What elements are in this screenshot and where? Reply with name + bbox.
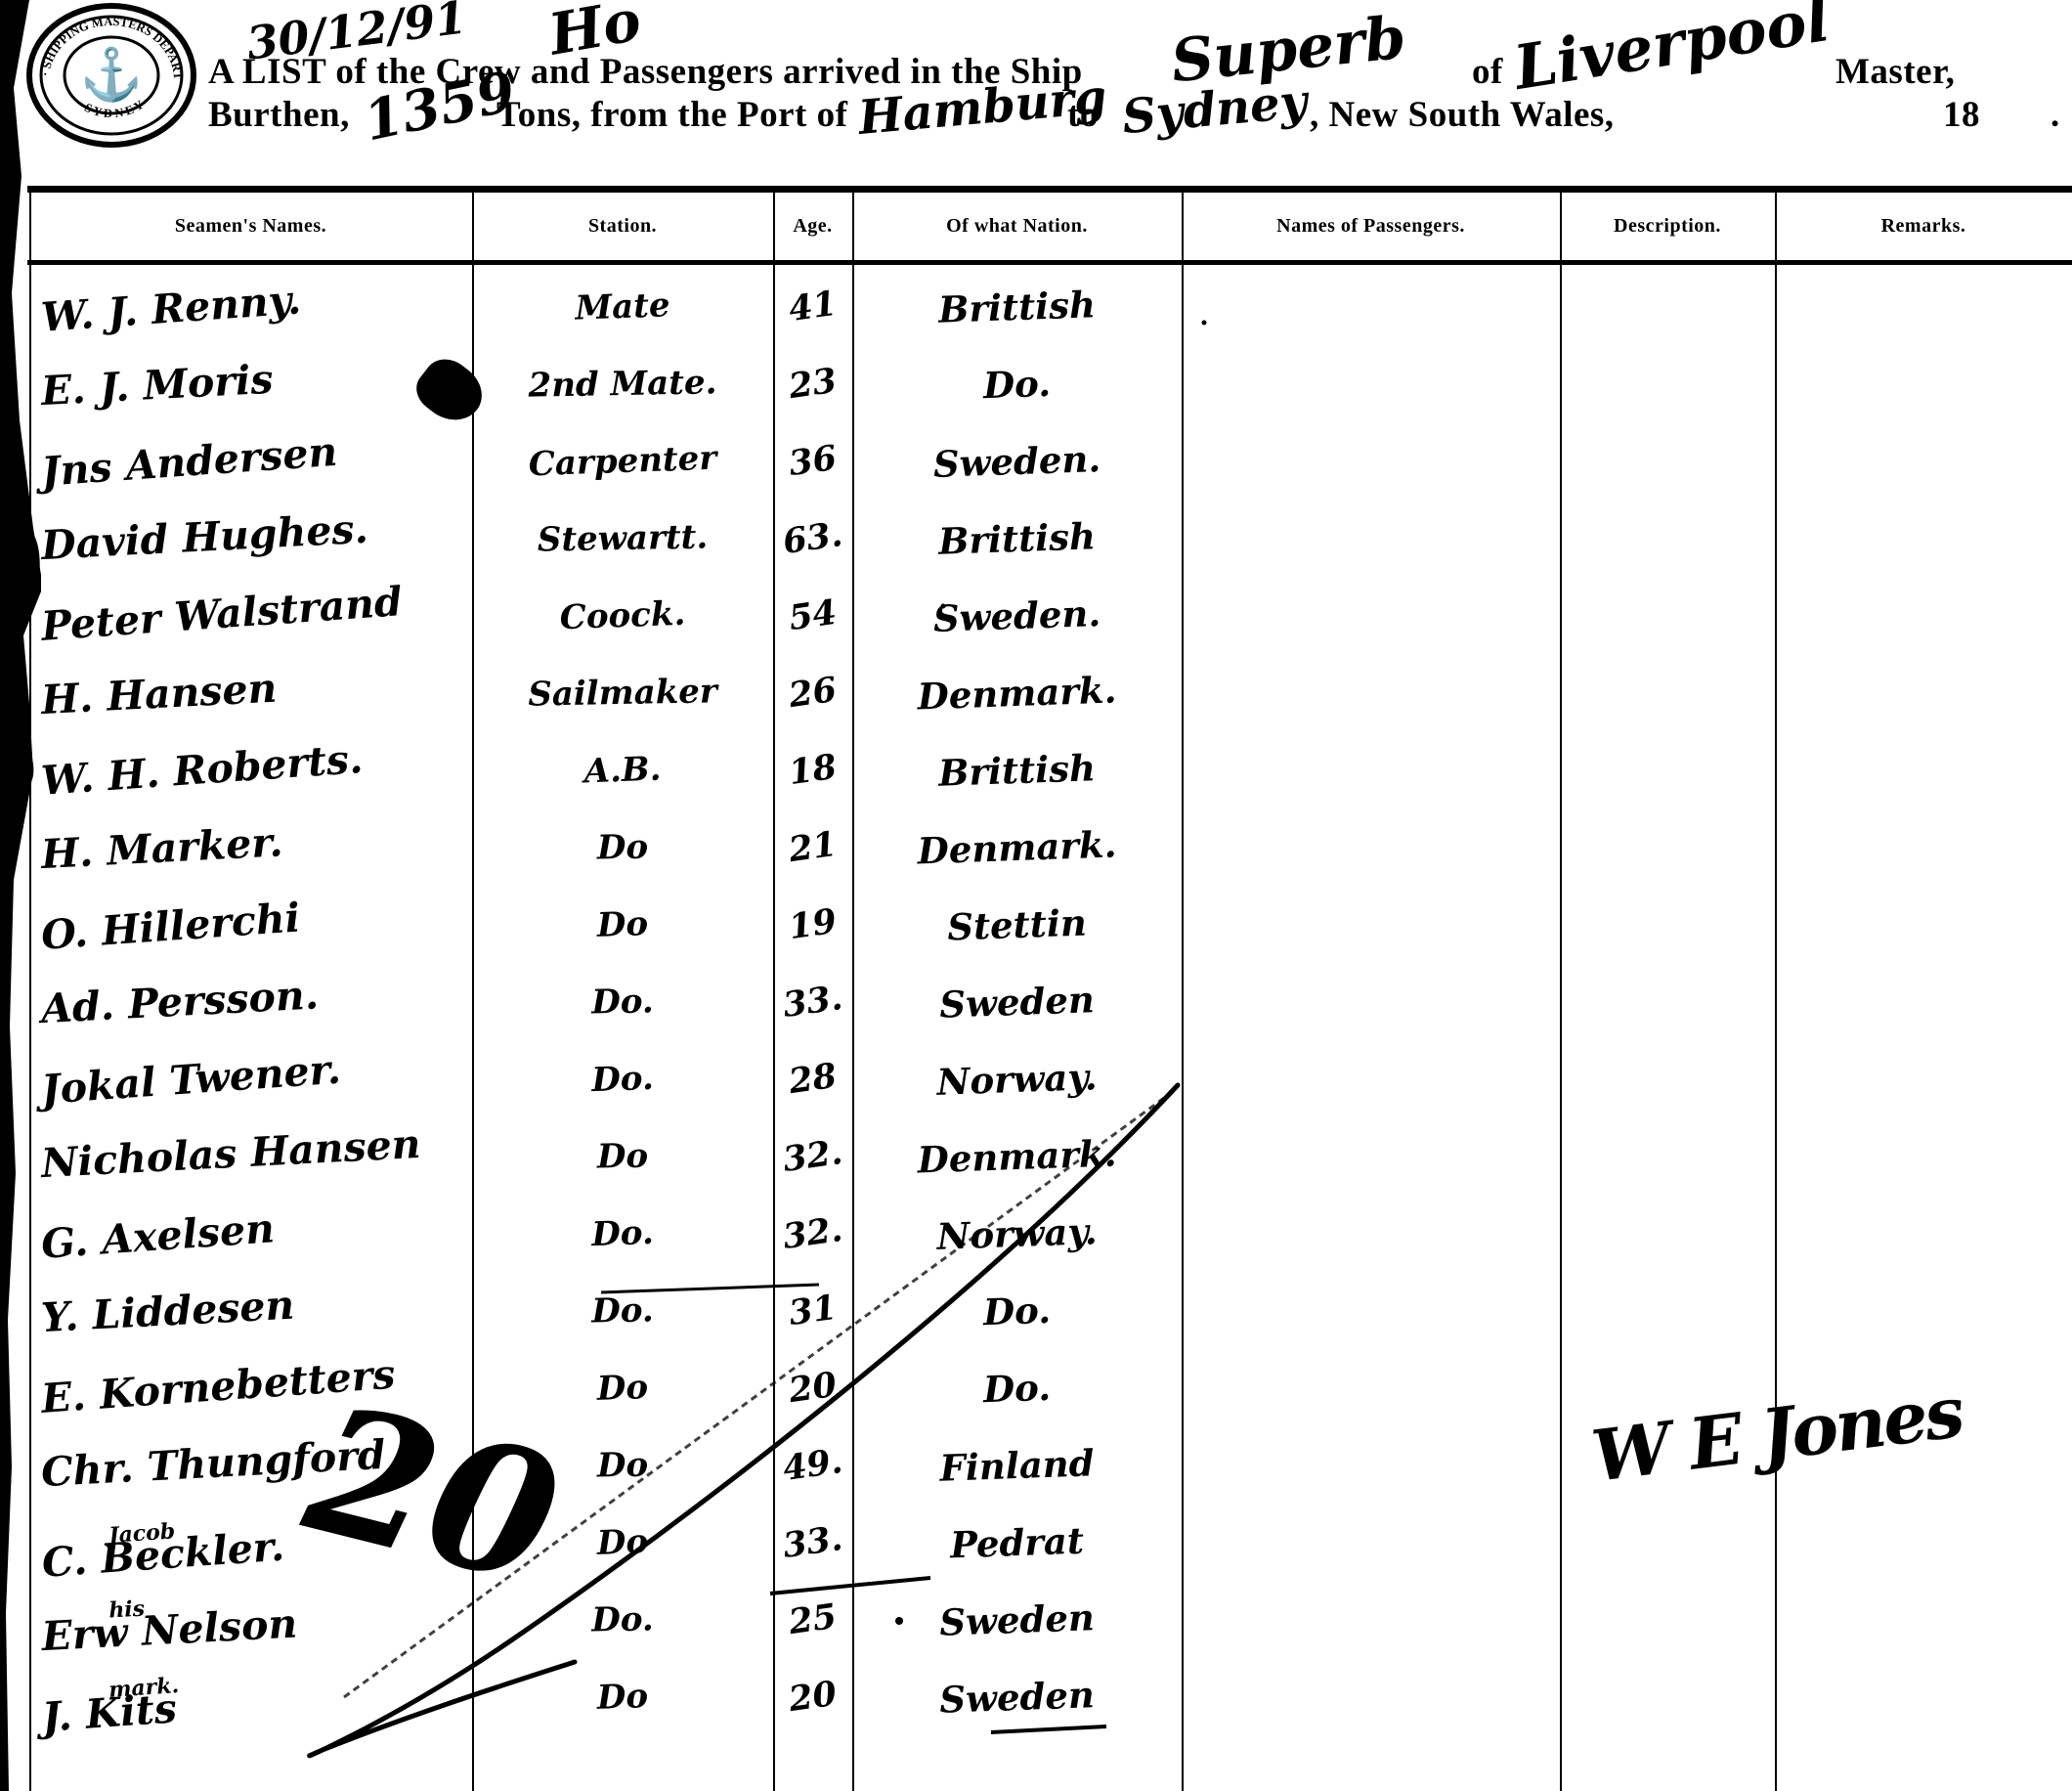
column-header-seamens-names: Seamen's Names.: [29, 194, 472, 258]
station-cell: Stewartt.: [472, 516, 774, 560]
nation-cell: Stettin: [851, 897, 1182, 952]
seaman-name-cell: Nicholas Hansen: [27, 1129, 473, 1183]
seaman-name: E. J. Moris: [40, 356, 275, 415]
header-nsw-label: , New South Wales,: [1310, 94, 1615, 136]
age-cell: 23: [771, 359, 855, 410]
nation-cell: Brittish: [851, 511, 1182, 566]
age-cell: 20: [771, 1672, 855, 1723]
port-to: Sydney: [1120, 74, 1310, 145]
station-cell: Coock.: [471, 590, 773, 640]
age-cell: 36: [771, 436, 855, 487]
seaman-name: G. Axelsen: [40, 1204, 277, 1268]
header-period: .: [2050, 94, 2060, 136]
nation-cell: Sweden.: [851, 434, 1182, 489]
seaman-name: Erw Nelson: [40, 1599, 298, 1660]
seaman-name-cell: Jns Andersen: [26, 430, 472, 492]
nation-cell: Denmark.: [851, 1129, 1182, 1184]
station-cell: Mate: [471, 282, 773, 331]
seaman-name-cell: Jokal Twener.: [26, 1048, 472, 1110]
age-cell: 19: [771, 899, 855, 950]
nation-cell: Sweden: [851, 975, 1182, 1029]
column-header-remarks: Remarks.: [1775, 194, 2072, 258]
seaman-name: Y. Liddesen: [40, 1282, 296, 1342]
age-cell: 63.: [771, 513, 855, 564]
age-cell: 26: [771, 668, 855, 719]
nation-cell: Norway.: [851, 1052, 1182, 1107]
seaman-name: W. J. Renny.: [40, 276, 303, 340]
station-cell: Do: [471, 1672, 773, 1722]
nation-cell: Norway.: [851, 1206, 1182, 1261]
station-cell: Do: [472, 1134, 774, 1178]
nation-cell: Brittish: [851, 743, 1182, 798]
nation-cell: Do.: [851, 1284, 1182, 1338]
seaman-name: W. H. Roberts.: [40, 735, 365, 805]
column-header-age: Age.: [773, 194, 852, 258]
station-cell: Do: [471, 899, 773, 949]
table-header-rule: [27, 260, 2072, 265]
nation-cell: Do.: [851, 1361, 1182, 1416]
age-cell: 25: [771, 1594, 855, 1645]
port-of-registry: Liverpool: [1509, 0, 1834, 104]
header-to-label: to: [1067, 94, 1099, 136]
seaman-name-cell: H. Hansen: [27, 666, 473, 720]
seaman-name: David Hughes.: [40, 505, 369, 569]
seaman-name-cell: David Hughes.: [27, 511, 473, 565]
nation-cell: Brittish: [851, 280, 1182, 334]
station-cell: Do.: [471, 1054, 773, 1104]
column-header-nation: Of what Nation.: [852, 194, 1182, 258]
header-year: 18: [1943, 94, 1980, 136]
table-top-rule: [27, 186, 2072, 193]
column-header-description: Description.: [1560, 194, 1775, 258]
station-cell: Sailmaker: [472, 671, 774, 715]
seaman-name: Jns Andersen: [40, 428, 339, 496]
seaman-name-cell: O. Hillerchi: [26, 894, 472, 955]
nation-cell: Denmark.: [851, 666, 1182, 721]
age-cell: 49.: [771, 1440, 855, 1491]
station-cell: A.B.: [471, 745, 773, 795]
station-cell: Do.: [472, 980, 774, 1024]
age-cell: 20: [771, 1363, 855, 1414]
station-cell: Do.: [472, 1289, 774, 1332]
scrawled-number: 20: [293, 1380, 574, 1610]
age-cell: 31: [771, 1286, 855, 1336]
seaman-name-cell: Peter Walstrand: [26, 585, 472, 646]
nation-cell: Sweden.: [851, 589, 1182, 643]
nation-cell: Sweden: [851, 1593, 1182, 1647]
station-cell: 2nd Mate.: [472, 362, 774, 406]
seaman-name-cell: H. Marker.: [27, 820, 473, 874]
seaman-name: H. Hansen: [40, 665, 279, 724]
seaman-name: Nicholas Hansen: [40, 1120, 422, 1187]
seaman-name: Ad. Persson.: [40, 971, 320, 1032]
age-cell: 33.: [771, 1517, 855, 1568]
nation-cell: Sweden: [851, 1670, 1182, 1725]
age-cell: 32.: [771, 1131, 855, 1182]
seaman-name-cell: Y. Liddesen: [27, 1284, 473, 1337]
shipping-masters-seal: · SHIPPING MASTERS DEPARTMENT · · S Y D …: [25, 2, 197, 149]
seaman-name-cell: W. J. Renny.: [26, 276, 472, 337]
ship-manifest-document: · SHIPPING MASTERS DEPARTMENT · · S Y D …: [0, 0, 2072, 1791]
station-cell: Carpenter: [471, 436, 773, 486]
age-cell: 18: [771, 745, 855, 796]
age-cell: 28: [771, 1054, 855, 1105]
header-burthen-label: Burthen,: [208, 94, 350, 136]
header-of-label: of: [1472, 51, 1503, 93]
seaman-name: J. Kits: [40, 1684, 178, 1741]
seaman-name: C. Beckler.: [40, 1523, 285, 1587]
age-cell: 32.: [771, 1208, 855, 1259]
nation-cell: Pedrat: [851, 1515, 1182, 1570]
age-cell: 21: [771, 822, 855, 873]
seaman-name-cell: Ad. Persson.: [27, 975, 473, 1028]
nation-cell: Finland: [851, 1438, 1182, 1493]
header-master-label: Master,: [1835, 51, 1955, 93]
anchor-icon: ⚓: [80, 45, 144, 104]
nation-cell: Do.: [851, 357, 1182, 412]
seaman-name: Peter Walstrand: [40, 578, 404, 650]
age-cell: 54: [771, 590, 855, 641]
header-tons-port-label: Tons, from the Port of: [496, 94, 847, 136]
age-cell: 33.: [771, 977, 855, 1027]
age-cell: 41: [771, 282, 855, 332]
seaman-name-cell: mark. J. Kits: [26, 1656, 473, 1736]
seaman-name-cell: W. H. Roberts.: [26, 739, 472, 801]
seaman-name: H. Marker.: [40, 818, 284, 878]
column-header-passengers: Names of Passengers.: [1182, 194, 1560, 258]
seaman-name-cell: E. J. Moris: [27, 357, 473, 411]
seaman-name-cell: G. Axelsen: [26, 1202, 472, 1264]
seaman-name: O. Hillerchi: [40, 894, 302, 958]
seaman-name: Jokal Twener.: [40, 1046, 343, 1114]
station-cell: Do: [472, 825, 774, 869]
station-cell: Do.: [471, 1208, 773, 1258]
nation-cell: Denmark.: [851, 820, 1182, 875]
column-header-station: Station.: [472, 194, 773, 258]
station-cell: Do: [471, 1363, 773, 1413]
